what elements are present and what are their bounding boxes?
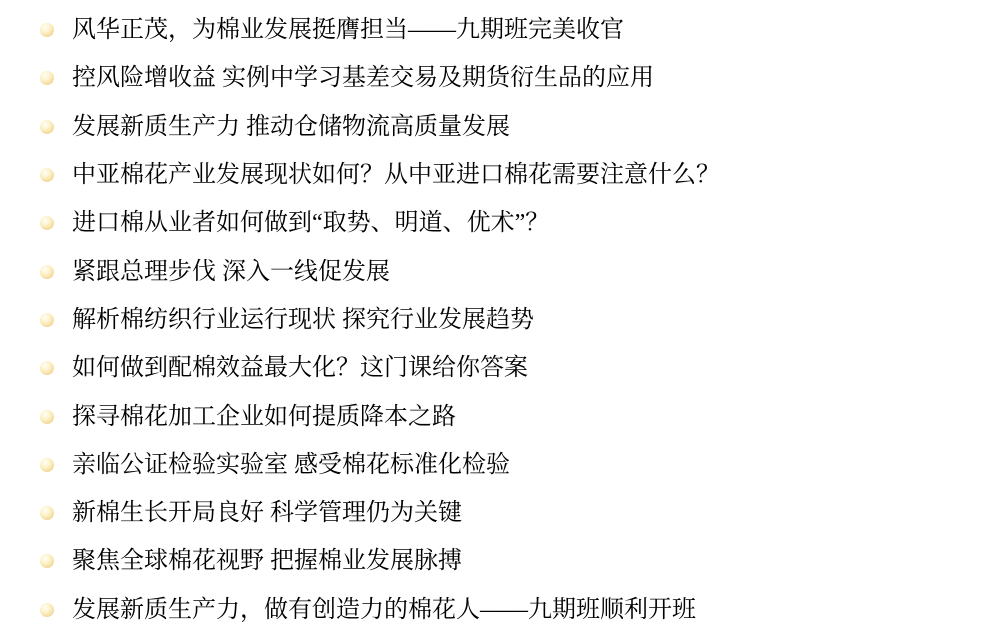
sphere-bullet-icon [40,361,54,375]
article-title-link[interactable]: 聚焦全球棉花视野 把握棉业发展脉搏 [72,549,462,573]
article-title-link[interactable]: 发展新质生产力 推动仓储物流高质量发展 [72,115,510,139]
list-item: 发展新质生产力 推动仓储物流高质量发展 [40,103,970,151]
sphere-bullet-icon [40,216,54,230]
article-title-link[interactable]: 进口棉从业者如何做到“取势、明道、优术”？ [72,211,549,235]
sphere-bullet-icon [40,554,54,568]
list-item: 探寻棉花加工企业如何提质降本之路 [40,392,970,440]
article-title-link[interactable]: 探寻棉花加工企业如何提质降本之路 [72,405,456,429]
sphere-bullet-icon [40,265,54,279]
sphere-bullet-icon [40,506,54,520]
article-title-link[interactable]: 亲临公证检验实验室 感受棉花标准化检验 [72,453,510,477]
sphere-bullet-icon [40,71,54,85]
sphere-bullet-icon [40,458,54,472]
article-title-link[interactable]: 发展新质生产力，做有创造力的棉花人——九期班顺利开班 [72,598,696,622]
list-item: 新棉生长开局良好 科学管理仍为关键 [40,489,970,537]
sphere-bullet-icon [40,603,54,617]
article-title-link[interactable]: 解析棉纺织行业运行现状 探究行业发展趋势 [72,308,534,332]
article-title-link[interactable]: 控风险增收益 实例中学习基差交易及期货衍生品的应用 [72,66,654,90]
sphere-bullet-icon [40,23,54,37]
list-item: 紧跟总理步伐 深入一线促发展 [40,247,970,295]
list-item: 中亚棉花产业发展现状如何？从中亚进口棉花需要注意什么？ [40,151,970,199]
article-title-link[interactable]: 风华正茂，为棉业发展挺膺担当——九期班完美收官 [72,18,624,42]
sphere-bullet-icon [40,410,54,424]
list-item: 亲临公证检验实验室 感受棉花标准化检验 [40,441,970,489]
list-item: 解析棉纺织行业运行现状 探究行业发展趋势 [40,296,970,344]
list-item: 如何做到配棉效益最大化？这门课给你答案 [40,344,970,392]
list-item: 风华正茂，为棉业发展挺膺担当——九期班完美收官 [40,6,970,54]
article-title-link[interactable]: 如何做到配棉效益最大化？这门课给你答案 [72,356,528,380]
sphere-bullet-icon [40,120,54,134]
list-item: 进口棉从业者如何做到“取势、明道、优术”？ [40,199,970,247]
article-list: 风华正茂，为棉业发展挺膺担当——九期班完美收官 控风险增收益 实例中学习基差交易… [40,6,970,634]
sphere-bullet-icon [40,313,54,327]
list-item: 控风险增收益 实例中学习基差交易及期货衍生品的应用 [40,54,970,102]
list-item: 发展新质生产力，做有创造力的棉花人——九期班顺利开班 [40,586,970,634]
article-title-link[interactable]: 中亚棉花产业发展现状如何？从中亚进口棉花需要注意什么？ [72,163,720,187]
list-item: 聚焦全球棉花视野 把握棉业发展脉搏 [40,537,970,585]
article-title-link[interactable]: 新棉生长开局良好 科学管理仍为关键 [72,501,462,525]
sphere-bullet-icon [40,168,54,182]
article-title-link[interactable]: 紧跟总理步伐 深入一线促发展 [72,260,390,284]
